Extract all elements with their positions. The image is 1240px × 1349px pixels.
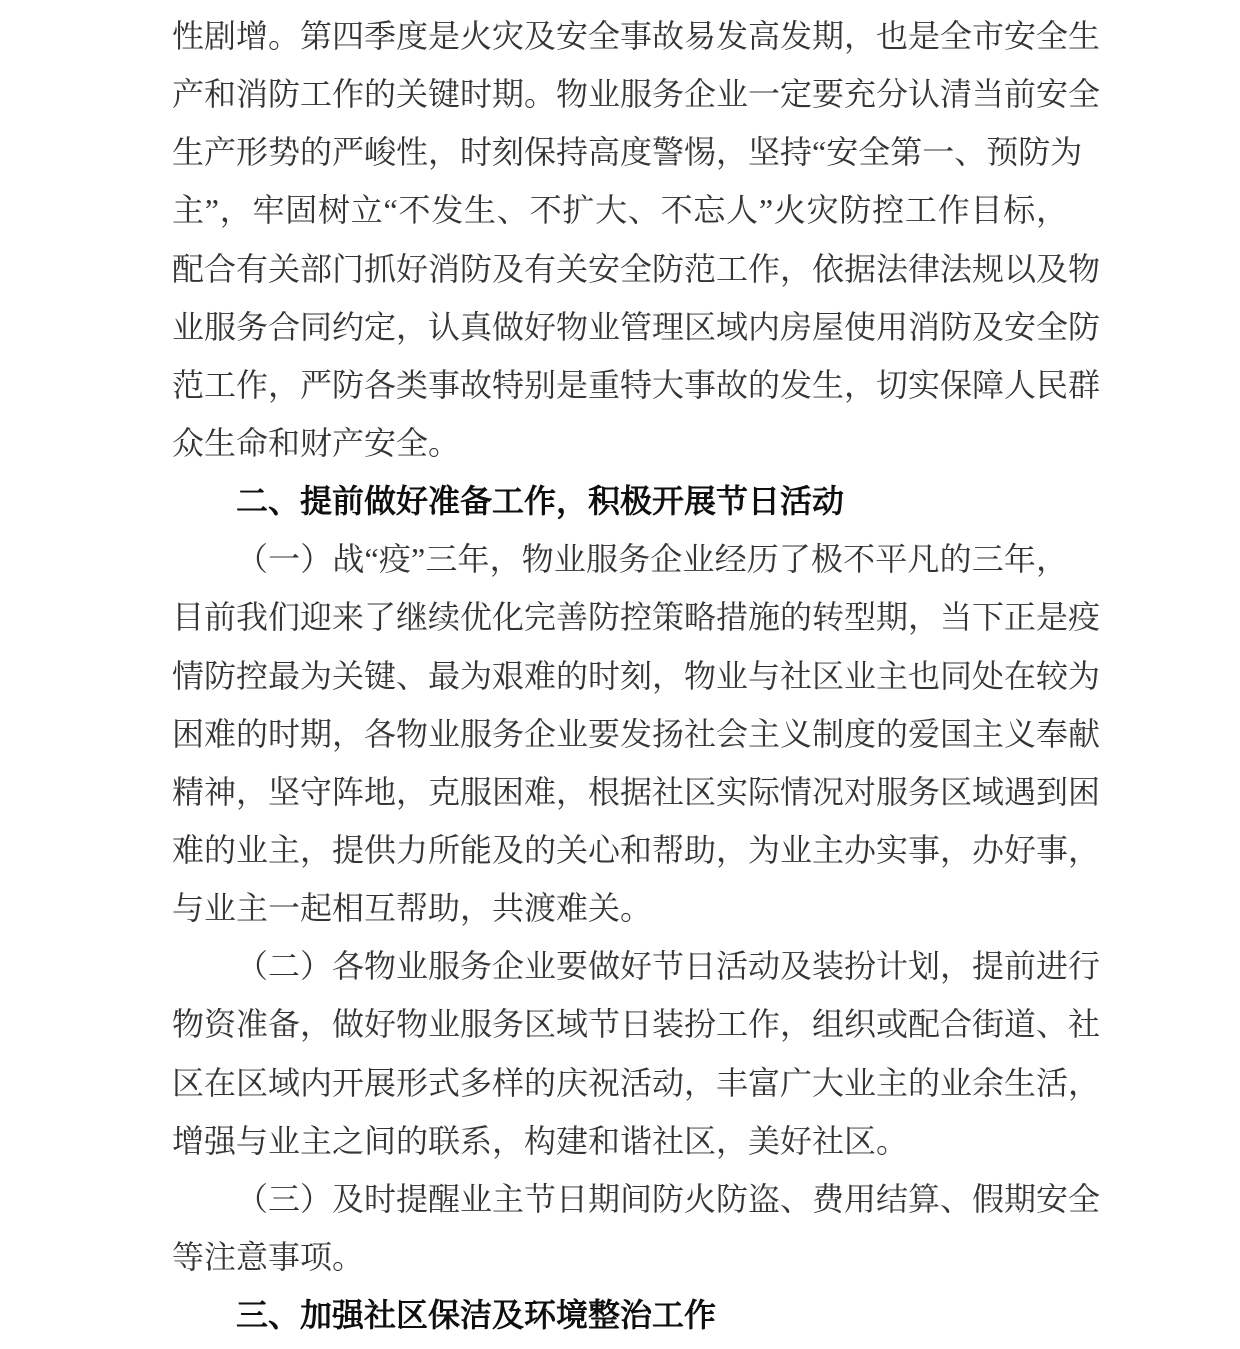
text-line: 目前我们迎来了继续优化完善防控策略措施的转型期，当下正是疫 [172, 588, 1068, 646]
text-line: 众生命和财产安全。 [172, 414, 1068, 472]
text-line: 物资准备，做好物业服务区域节日装扮工作，组织或配合街道、社 [172, 995, 1068, 1053]
text-line: 情防控最为关键、最为艰难的时刻，物业与社区业主也同处在较为 [172, 647, 1068, 705]
text-line: 难的业主，提供力所能及的关心和帮助，为业主办实事，办好事， [172, 821, 1068, 879]
text-line: 与业主一起相互帮助，共渡难关。 [172, 879, 1068, 937]
text-line: 生产形势的严峻性，时刻保持高度警惕，坚持“安全第一、预防为 [172, 123, 1068, 181]
document-page: 性剧增。第四季度是火灾及安全事故易发高发期，也是全市安全生产和消防工作的关键时期… [172, 7, 1068, 1344]
section-heading: 三、加强社区保洁及环境整治工作 [172, 1286, 1068, 1344]
text-line: 性剧增。第四季度是火灾及安全事故易发高发期，也是全市安全生 [172, 7, 1068, 65]
text-line: （一）战“疫”三年，物业服务企业经历了极不平凡的三年， [172, 530, 1068, 588]
text-line: 产和消防工作的关键时期。物业服务企业一定要充分认清当前安全 [172, 65, 1068, 123]
text-line: （二）各物业服务企业要做好节日活动及装扮计划，提前进行 [172, 937, 1068, 995]
text-line: 困难的时期，各物业服务企业要发扬社会主义制度的爱国主义奉献 [172, 705, 1068, 763]
text-line: 等注意事项。 [172, 1228, 1068, 1286]
text-line: 配合有关部门抓好消防及有关安全防范工作，依据法律法规以及物 [172, 240, 1068, 298]
text-line: 精神，坚守阵地，克服困难，根据社区实际情况对服务区域遇到困 [172, 763, 1068, 821]
text-line: 主”，牢固树立“不发生、不扩大、不忘人”火灾防控工作目标， [172, 181, 1068, 239]
text-line: （三）及时提醒业主节日期间防火防盗、费用结算、假期安全 [172, 1170, 1068, 1228]
text-line: 业服务合同约定，认真做好物业管理区域内房屋使用消防及安全防 [172, 298, 1068, 356]
text-line: 范工作，严防各类事故特别是重特大事故的发生，切实保障人民群 [172, 356, 1068, 414]
text-line: 区在区域内开展形式多样的庆祝活动，丰富广大业主的业余生活， [172, 1054, 1068, 1112]
section-heading: 二、提前做好准备工作，积极开展节日活动 [172, 472, 1068, 530]
text-line: 增强与业主之间的联系，构建和谐社区，美好社区。 [172, 1112, 1068, 1170]
